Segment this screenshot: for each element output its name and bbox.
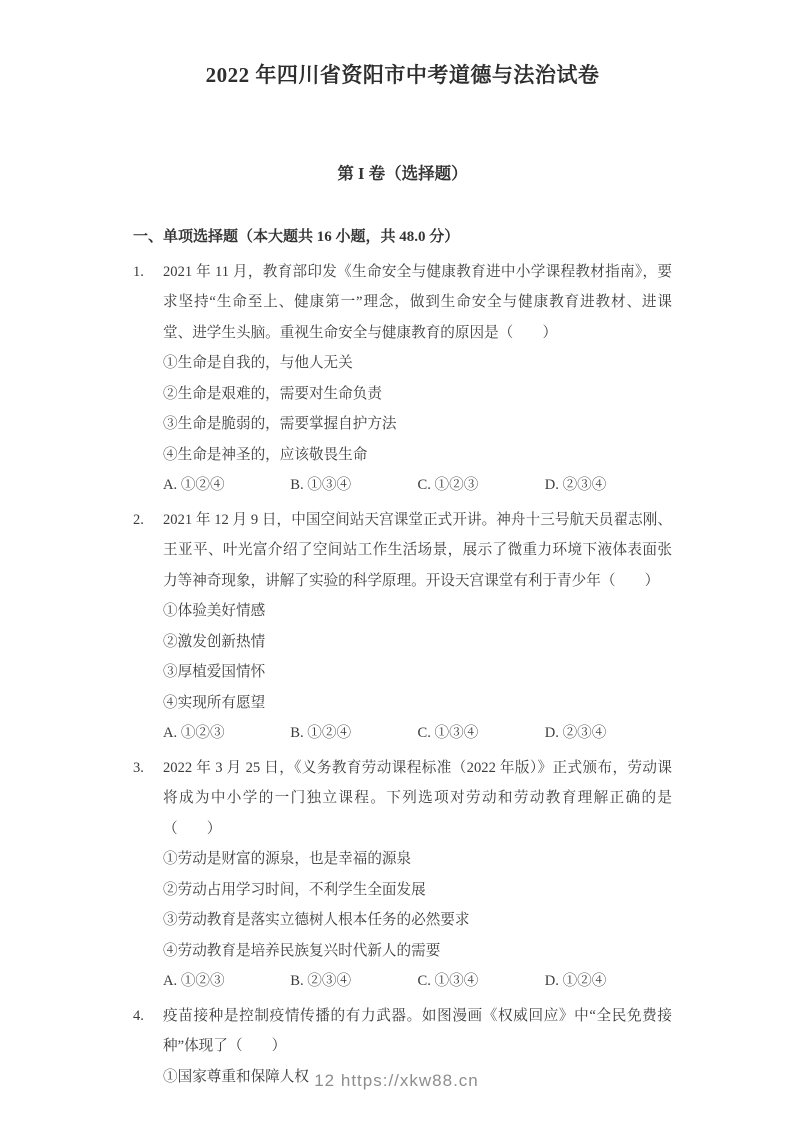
document-title: 2022 年四川省资阳市中考道德与法治试卷 [133,60,672,90]
question-item: ④实现所有愿望 [163,688,672,719]
question-item: ④生命是神圣的，应该敬畏生命 [163,440,672,471]
question-list: 1. 2021 年 11 月，教育部印发《生命安全与健康教育进中小学课程教材指南… [133,257,672,1093]
answer-option: A. ①②③ [163,718,290,749]
question-stem: 2021 年 11 月，教育部印发《生命安全与健康教育进中小学课程教材指南》，要… [163,257,672,349]
question-item: ③劳动教育是落实立德树人根本任务的必然要求 [163,905,672,936]
question-options-row: A. ①②④B. ①③④C. ①②③D. ②③④ [163,470,672,501]
answer-option: B. ②③④ [290,966,417,997]
scanned-exam-page: { "colors": { "page_background": "#fffff… [0,0,793,1122]
question-stem: 2022 年 3 月 25 日，《义务教育劳动课程标准（2022 年版）》正式颁… [163,753,672,845]
question-body: 2021 年 12 月 9 日，中国空间站天宫课堂正式开讲。神舟十三号航天员翟志… [163,505,672,749]
page-content: 2022 年四川省资阳市中考道德与法治试卷 第 I 卷（选择题） 一、单项选择题… [0,0,793,1092]
answer-option: D. ①②④ [545,966,672,997]
question-stem: 疫苗接种是控制疫情传播的有力武器。如图漫画《权威回应》中“全民免费接种”体现了（… [163,1001,672,1062]
part-heading: 第 I 卷（选择题） [133,162,672,186]
answer-option: C. ①②③ [418,470,545,501]
question-item: ②激发创新热情 [163,627,672,658]
answer-option: D. ②③④ [545,470,672,501]
question-number: 1. [133,257,163,501]
answer-option: A. ①②④ [163,470,290,501]
question-stem: 2021 年 12 月 9 日，中国空间站天宫课堂正式开讲。神舟十三号航天员翟志… [163,505,672,597]
answer-option: A. ①②③ [163,966,290,997]
section-heading: 一、单项选择题（本大题共 16 小题，共 48.0 分） [133,222,672,253]
question-item: ①生命是自我的，与他人无关 [163,348,672,379]
answer-option: B. ①②④ [290,718,417,749]
question-body: 2022 年 3 月 25 日，《义务教育劳动课程标准（2022 年版）》正式颁… [163,753,672,997]
answer-option: C. ①③④ [418,718,545,749]
question-2: 2. 2021 年 12 月 9 日，中国空间站天宫课堂正式开讲。神舟十三号航天… [133,505,672,749]
answer-option: B. ①③④ [290,470,417,501]
question-item: ①劳动是财富的源泉，也是幸福的源泉 [163,844,672,875]
footer-page-number: 12 [314,1071,335,1090]
question-number: 3. [133,753,163,997]
question-item: ②生命是艰难的，需要对生命负责 [163,379,672,410]
question-item: ④劳动教育是培养民族复兴时代新人的需要 [163,936,672,967]
question-options-row: A. ①②③B. ②③④C. ①③④D. ①②④ [163,966,672,997]
answer-option: C. ①③④ [418,966,545,997]
question-item: ②劳动占用学习时间，不利学生全面发展 [163,875,672,906]
question-item: ①体验美好情感 [163,596,672,627]
answer-option: D. ②③④ [545,718,672,749]
question-options-row: A. ①②③B. ①②④C. ①③④D. ②③④ [163,718,672,749]
page-footer: 12 https://xkw88.cn [0,1070,793,1092]
question-3: 3. 2022 年 3 月 25 日，《义务教育劳动课程标准（2022 年版）》… [133,753,672,997]
question-body: 2021 年 11 月，教育部印发《生命安全与健康教育进中小学课程教材指南》，要… [163,257,672,501]
question-number: 2. [133,505,163,749]
question-item: ③生命是脆弱的，需要掌握自护方法 [163,409,672,440]
question-item: ③厚植爱国情怀 [163,657,672,688]
footer-url: https://xkw88.cn [341,1071,479,1090]
question-1: 1. 2021 年 11 月，教育部印发《生命安全与健康教育进中小学课程教材指南… [133,257,672,501]
